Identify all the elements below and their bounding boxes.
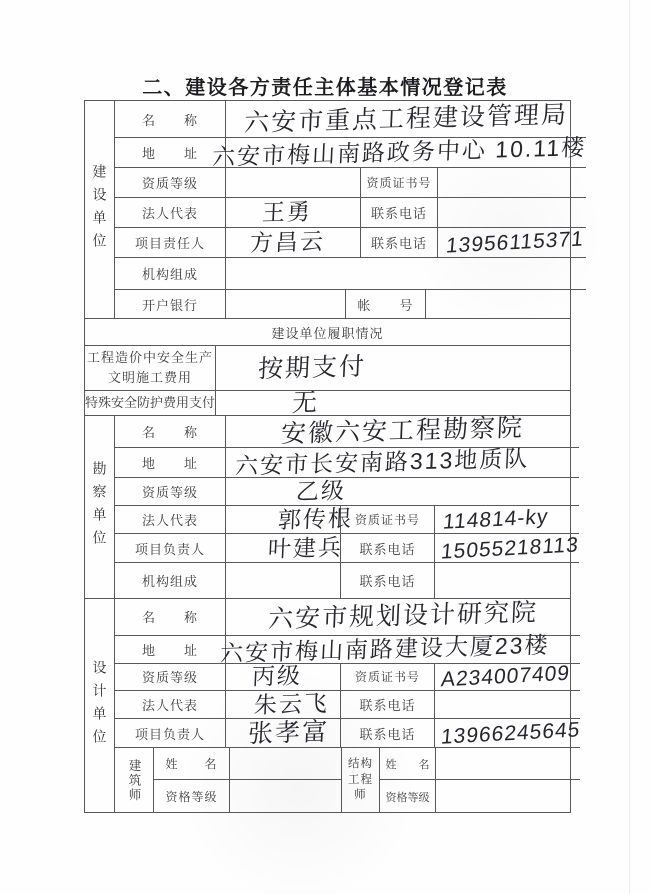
field-label-name: 名 称 — [115, 416, 225, 447]
construction-qual-level-cell — [225, 168, 360, 197]
handwritten-construction-project-resp: 方昌云 — [250, 230, 326, 255]
struct-name-cell — [435, 748, 580, 779]
field-label-legal-rep: 法人代表 — [115, 691, 225, 718]
handwritten-survey-address: 六安市长安南路313地质队 — [235, 447, 530, 478]
field-label-phone: 联系电话 — [360, 228, 437, 257]
architect-grade-cell — [229, 780, 341, 813]
design-legal-phone-cell — [434, 691, 580, 718]
row-design-name: 名 称 六安市规划设计研究院 — [115, 599, 580, 636]
handwritten-construction-address: 六安市梅山南路政务中心 10.11楼 — [212, 136, 587, 169]
row-construction-legal-rep: 法人代表 王勇 联系电话 — [115, 198, 586, 228]
section-design-unit: 设计单位 名 称 六安市规划设计研究院 地 址 六安市梅山南路建设大厦23楼 资… — [85, 598, 570, 813]
architect-label: 建筑师 — [125, 759, 143, 803]
row-construction-org: 机构组成 — [115, 258, 586, 290]
section-label-construction: 建设单位 — [85, 101, 115, 318]
survey-lead-phone-cell: 15055218113 — [434, 534, 579, 562]
row-duty-header: 建设单位履职情况 — [85, 318, 570, 346]
field-label-phone: 联系电话 — [340, 719, 434, 747]
survey-project-lead-cell: 叶建兵 — [225, 534, 340, 562]
structural-engineer-label: 结构工程师 — [348, 757, 374, 804]
field-label-phone: 联系电话 — [340, 534, 434, 562]
field-label-qual-level: 资质等级 — [115, 168, 225, 197]
design-project-lead-cell: 张孝富 — [225, 719, 340, 747]
design-legal-rep-cell: 朱云飞 — [225, 691, 340, 718]
struct-grade-cell — [435, 780, 580, 813]
field-label-name: 名 称 — [115, 599, 225, 635]
section-construction-unit: 建设单位 名 称 六安市重点工程建设管理局 地 址 六安市梅山南路政务中心 10… — [85, 101, 570, 318]
survey-qual-level-cell: 乙级 — [225, 478, 579, 505]
row-architect-grade: 资格等级 — [154, 780, 341, 813]
field-label-special-fee: 特殊安全防护费用支付 — [85, 391, 215, 415]
survey-address-cell: 六安市长安南路313地质队 — [225, 448, 579, 477]
field-label-project-resp: 项目责任人 — [115, 228, 225, 257]
field-label-person-name: 姓 名 — [154, 748, 229, 779]
construction-project-phone-cell: 13956115371 — [437, 228, 586, 257]
handwritten-design-address: 六安市梅山南路建设大厦23楼 — [220, 633, 550, 665]
section-survey-unit: 勘察单位 名 称 安徽六安工程勘察院 地 址 六安市长安南路313地质队 资质等… — [85, 416, 570, 598]
construction-project-resp-cell: 方昌云 — [225, 228, 360, 257]
handwritten-design-name: 六安市规划设计研究院 — [268, 601, 539, 633]
duty-header: 建设单位履职情况 — [85, 319, 570, 345]
design-lead-phone-cell: 13966245645 — [434, 719, 580, 747]
architect-label-cell: 建筑师 — [115, 748, 153, 813]
construction-org-cell — [225, 258, 586, 289]
field-label-phone: 联系电话 — [360, 198, 437, 227]
field-label-qual-grade: 资格等级 — [380, 780, 435, 813]
scan-paper-edge — [629, 0, 630, 894]
handwritten-design-project-lead: 张孝富 — [247, 720, 329, 747]
field-label-address: 地 址 — [115, 138, 225, 167]
row-construction-name: 名 称 六安市重点工程建设管理局 — [115, 101, 586, 138]
field-label-legal-rep: 法人代表 — [115, 506, 225, 533]
field-label-cert-no: 资质证书号 — [340, 506, 434, 533]
structural-engineer-label-cell: 结构工程师 — [341, 748, 379, 813]
field-label-name: 名 称 — [115, 101, 225, 137]
registration-table: 建设单位 名 称 六安市重点工程建设管理局 地 址 六安市梅山南路政务中心 10… — [84, 100, 571, 813]
survey-org-cell — [225, 563, 340, 598]
field-label-qual-level: 资质等级 — [115, 478, 225, 505]
row-survey-project-lead: 项目负责人 叶建兵 联系电话 15055218113 — [115, 534, 579, 563]
field-label-address: 地 址 — [115, 636, 225, 663]
scanned-form-page: 二、建设各方责任主体基本情况登记表 建设单位 名 称 六安市重点工程建设管理局 … — [0, 0, 650, 894]
safety-fee-label-line1: 工程造价中安全生产 — [87, 348, 213, 368]
field-label-qual-level: 资质等级 — [115, 664, 225, 691]
field-label-phone: 联系电话 — [340, 563, 434, 598]
construction-name-cell: 六安市重点工程建设管理局 — [225, 101, 586, 137]
field-label-bank: 开户银行 — [115, 290, 225, 318]
handwritten-design-cert: A234007409 — [440, 663, 571, 691]
field-label-project-lead: 项目负责人 — [115, 534, 225, 562]
handwritten-survey-project-lead: 叶建兵 — [268, 536, 344, 561]
safety-fee-value-cell: 按期支付 — [215, 346, 570, 390]
design-name-cell: 六安市规划设计研究院 — [225, 599, 580, 635]
row-survey-qualification: 资质等级 乙级 — [115, 478, 579, 506]
handwritten-construction-project-phone: 13956115371 — [445, 228, 585, 256]
construction-address-cell: 六安市梅山南路政务中心 10.11楼 — [225, 138, 586, 167]
survey-cert-no-cell: 114814-ky — [434, 506, 579, 533]
field-label-qual-grade: 资格等级 — [154, 780, 229, 813]
handwritten-construction-name: 六安市重点工程建设管理局 — [244, 102, 569, 136]
handwritten-survey-legal-rep: 郭传根 — [278, 507, 354, 532]
survey-name-cell: 安徽六安工程勘察院 — [225, 416, 579, 447]
row-struct-name: 姓 名 — [380, 748, 580, 780]
row-design-legal-rep: 法人代表 朱云飞 联系电话 — [115, 691, 580, 719]
row-architect-name: 姓 名 — [154, 748, 341, 780]
handwritten-special-fee: 无 — [291, 390, 319, 416]
form-title: 二、建设各方责任主体基本情况登记表 — [0, 71, 650, 100]
section-label-design: 设计单位 — [85, 599, 115, 813]
row-special-fee: 特殊安全防护费用支付 无 — [85, 391, 570, 416]
handwritten-survey-cert: 114814-ky — [442, 506, 549, 533]
field-label-project-lead: 项目负责人 — [115, 719, 225, 747]
field-label-person-name: 姓 名 — [380, 748, 435, 779]
field-label-cert-no: 资质证书号 — [360, 168, 437, 197]
row-construction-project-resp: 项目责任人 方昌云 联系电话 13956115371 — [115, 228, 586, 258]
handwritten-construction-legal-rep: 王勇 — [262, 200, 313, 224]
row-design-project-lead: 项目负责人 张孝富 联系电话 13966245645 — [115, 719, 580, 748]
field-label-legal-rep: 法人代表 — [115, 198, 225, 227]
row-construction-qualification: 资质等级 资质证书号 — [115, 168, 586, 198]
row-architect-block: 建筑师 姓 名 资格等级 — [115, 748, 580, 813]
row-survey-address: 地 址 六安市长安南路313地质队 — [115, 448, 579, 478]
architect-name-cell — [229, 748, 341, 779]
design-qual-level-cell: 丙级 — [225, 664, 340, 691]
row-survey-name: 名 称 安徽六安工程勘察院 — [115, 416, 579, 448]
handwritten-survey-qual: 乙级 — [296, 479, 347, 503]
row-design-address: 地 址 六安市梅山南路建设大厦23楼 — [115, 636, 580, 664]
row-construction-address: 地 址 六安市梅山南路政务中心 10.11楼 — [115, 138, 586, 168]
design-address-cell: 六安市梅山南路建设大厦23楼 — [225, 636, 580, 663]
field-label-org: 机构组成 — [115, 563, 225, 598]
construction-bank-cell — [225, 290, 345, 318]
handwritten-safety-fee: 按期支付 — [257, 354, 366, 382]
field-label-phone: 联系电话 — [340, 691, 434, 718]
field-label-org: 机构组成 — [115, 258, 225, 289]
handwritten-design-qual: 丙级 — [252, 665, 303, 689]
field-label-cert-no: 资质证书号 — [340, 664, 434, 691]
row-design-qualification: 资质等级 丙级 资质证书号 A234007409 — [115, 664, 580, 692]
safety-fee-label-line2: 文明施工费用 — [108, 368, 192, 388]
design-cert-no-cell: A234007409 — [434, 664, 580, 691]
handwritten-survey-name: 安徽六安工程勘察院 — [280, 416, 524, 447]
field-label-safety-fee: 工程造价中安全生产 文明施工费用 — [85, 346, 215, 390]
section-label-survey: 勘察单位 — [85, 416, 115, 598]
row-struct-grade: 资格等级 — [380, 780, 580, 813]
field-label-account: 帐 号 — [345, 290, 425, 318]
row-survey-org: 机构组成 联系电话 — [115, 563, 579, 598]
handwritten-survey-lead-phone: 15055218113 — [440, 534, 580, 562]
row-construction-bank: 开户银行 帐 号 — [115, 290, 586, 318]
construction-account-cell — [425, 290, 586, 318]
construction-legal-rep-cell: 王勇 — [225, 198, 360, 227]
row-survey-legal-rep: 法人代表 郭传根 资质证书号 114814-ky — [115, 506, 579, 534]
survey-org-phone-cell — [434, 563, 579, 598]
field-label-address: 地 址 — [115, 448, 225, 477]
special-fee-value-cell: 无 — [215, 391, 570, 415]
handwritten-design-legal-rep: 朱云飞 — [254, 692, 330, 717]
survey-legal-rep-cell: 郭传根 — [225, 506, 340, 533]
row-safety-fee: 工程造价中安全生产 文明施工费用 按期支付 — [85, 346, 570, 391]
handwritten-design-lead-phone: 13966245645 — [440, 719, 581, 747]
construction-cert-no-cell — [437, 168, 586, 197]
construction-legal-phone-cell — [437, 198, 586, 227]
